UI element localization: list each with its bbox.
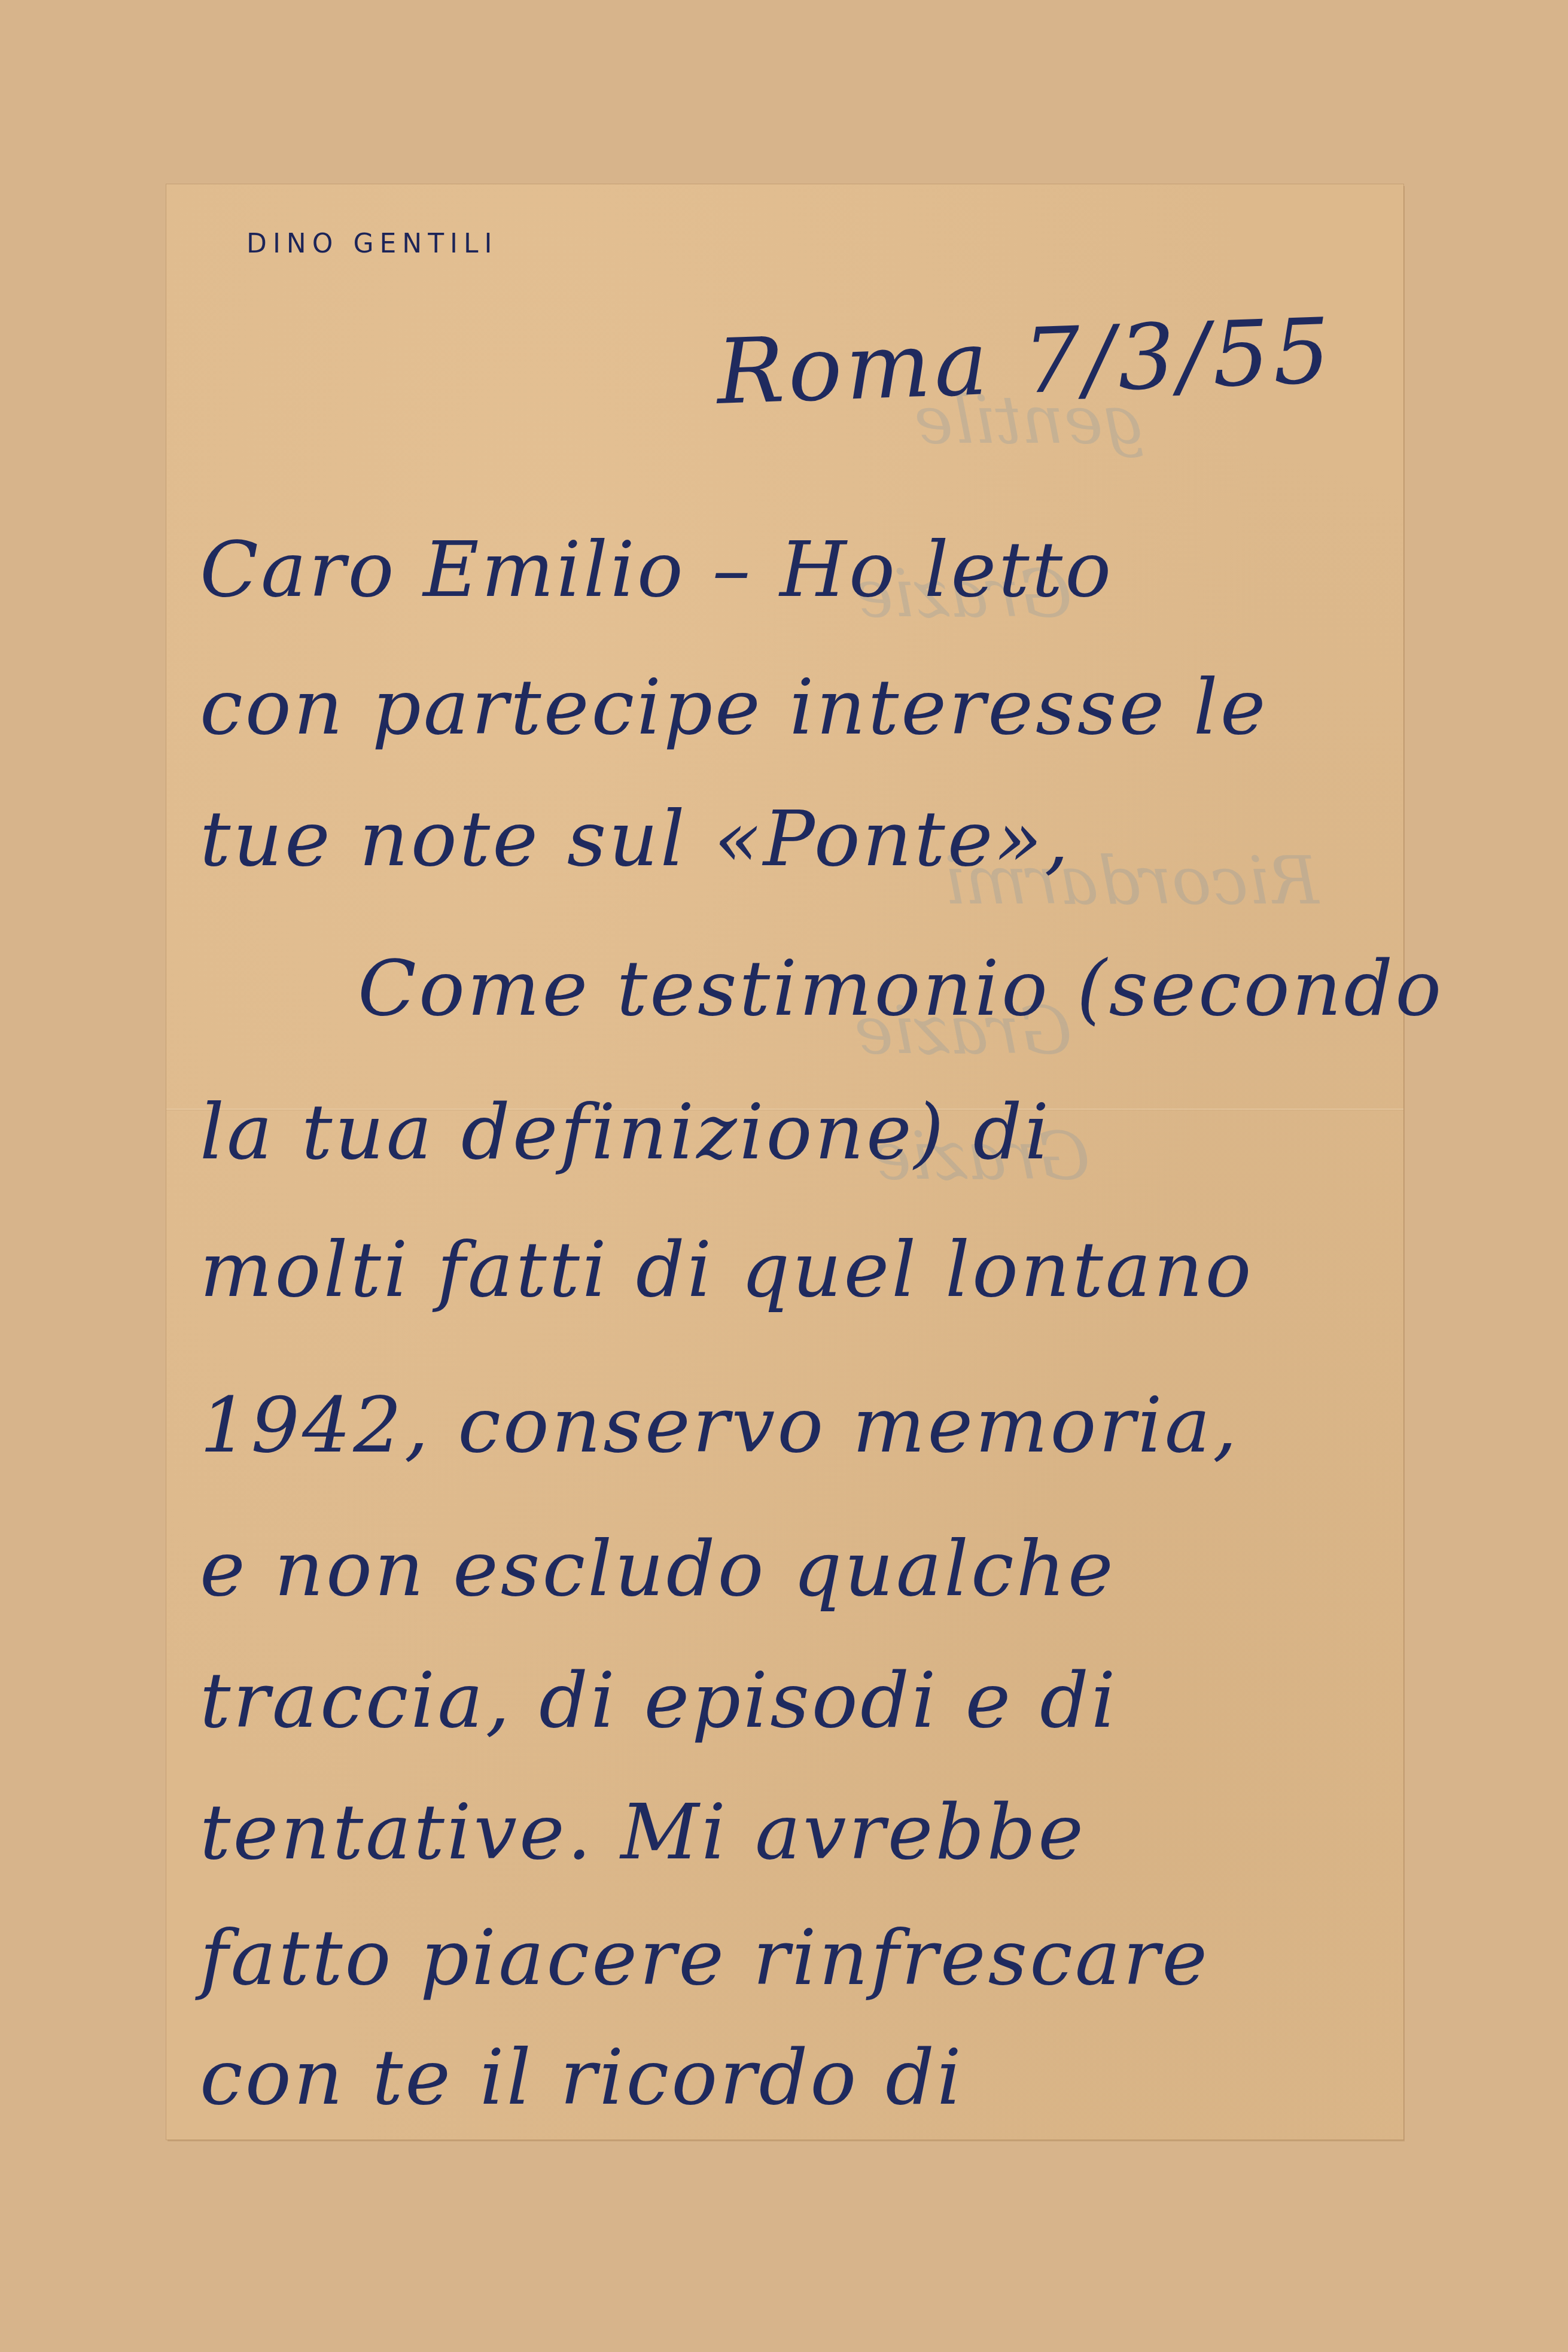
letter-line: Come testimonio (secondo bbox=[358, 944, 1444, 1033]
letter-line: la tua definizione) di bbox=[200, 1088, 1051, 1177]
letterhead: DINO GENTILI bbox=[246, 229, 498, 259]
letter-line: molti fatti di quel lontano bbox=[200, 1225, 1254, 1315]
letter-line: tentative. Mi avrebbe bbox=[200, 1788, 1086, 1877]
letter-line: 1942, conservo memoria, bbox=[200, 1381, 1240, 1470]
place-date: Roma 7/3/55 bbox=[715, 299, 1335, 425]
letter-line: tue note sul «Ponte», bbox=[200, 795, 1071, 884]
letter-line: traccia, di episodi e di bbox=[200, 1656, 1118, 1745]
letter-line: con te il ricordo di bbox=[200, 2033, 964, 2122]
letter-line: e non escludo qualche bbox=[200, 1525, 1116, 1614]
letter-line: fatto piacere rinfrescare bbox=[200, 1913, 1210, 2003]
letter-sheet: gentile Grazie Ricordarmi Grazie Grazie … bbox=[166, 184, 1403, 2140]
letter-line: con partecipe interesse le bbox=[200, 663, 1268, 752]
letter-line: Caro Emilio – Ho letto bbox=[200, 525, 1113, 614]
